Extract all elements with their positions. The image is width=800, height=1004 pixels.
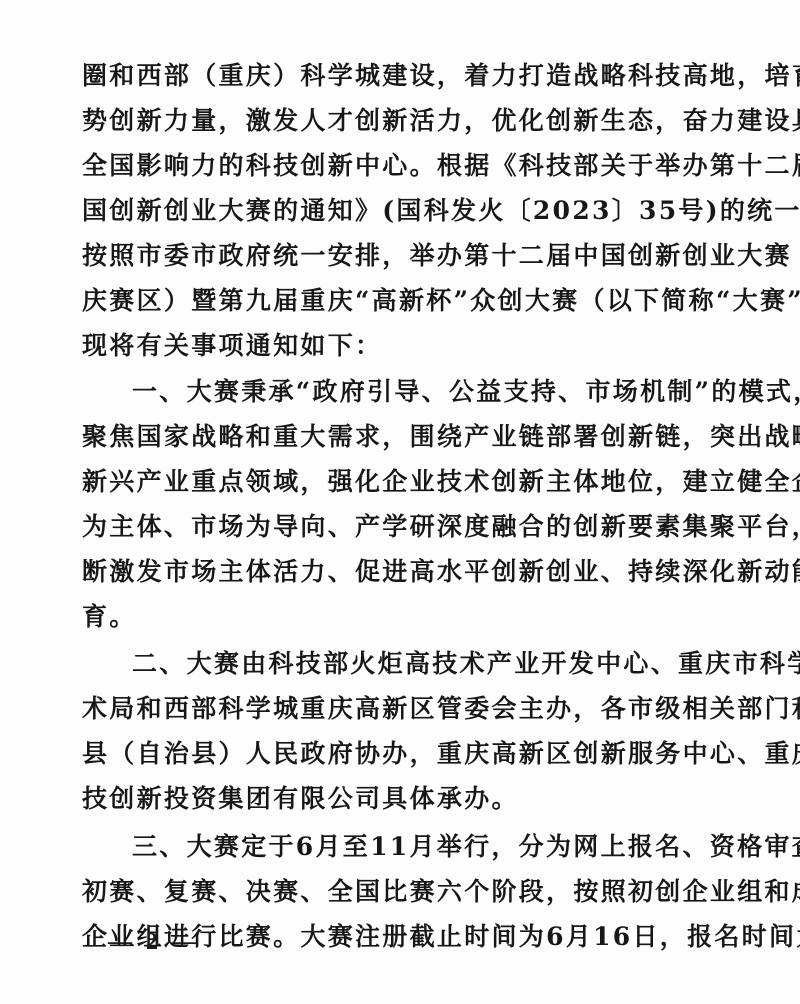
text-line: 现将有关事项通知如下：: [82, 331, 716, 361]
text-line: 为主体、市场为导向、产学研深度融合的创新要素集聚平台，不: [82, 512, 716, 542]
text-line: 势创新力量，激发人才创新活力，优化创新生态，奋力建设具有: [82, 106, 716, 136]
text-line: 全国影响力的科技创新中心。根据《科技部关于举办第十二届中: [82, 151, 716, 181]
document-page: 圈和西部（重庆）科学城建设，着力打造战略科技高地，培育优 势创新力量，激发人才创…: [0, 0, 800, 1004]
text-line: 县（自治县）人民政府协办，重庆高新区创新服务中心、重庆科: [82, 739, 716, 769]
text-line: 技创新投资集团有限公司具体承办。: [82, 784, 716, 814]
text-line: 初赛、复赛、决赛、全国比赛六个阶段，按照初创企业组和成长: [82, 877, 716, 907]
text-line: 聚焦国家战略和重大需求，围绕产业链部署创新链，突出战略性: [82, 422, 716, 452]
text-line: 新兴产业重点领域，强化企业技术创新主体地位，建立健全企业: [82, 467, 716, 497]
text-line: 国创新创业大赛的通知》(国科发火〔2023〕35号)的统一要求，: [82, 196, 716, 226]
text-line: 圈和西部（重庆）科学城建设，着力打造战略科技高地，培育优: [82, 61, 716, 91]
text-line: 育。: [82, 602, 716, 632]
text-line: 断激发市场主体活力、促进高水平创新创业、持续深化新动能培: [82, 557, 716, 587]
page-number: — 2 —: [108, 927, 200, 957]
text-line: 术局和西部科学城重庆高新区管委会主办，各市级相关部门和区: [82, 694, 716, 724]
section-3-heading-line: 三、大赛定于6月至11月举行，分为网上报名、资格审查、: [132, 832, 716, 862]
section-2-heading-line: 二、大赛由科技部火炬高技术产业开发中心、重庆市科学技: [132, 649, 716, 679]
text-line: 按照市委市政府统一安排，举办第十二届中国创新创业大赛（重: [82, 241, 716, 271]
section-1-heading-line: 一、大赛秉承“政府引导、公益支持、市场机制”的模式，: [132, 377, 716, 407]
text-line: 庆赛区）暨第九届重庆“高新杯”众创大赛（以下简称“大赛”)。: [82, 286, 716, 316]
